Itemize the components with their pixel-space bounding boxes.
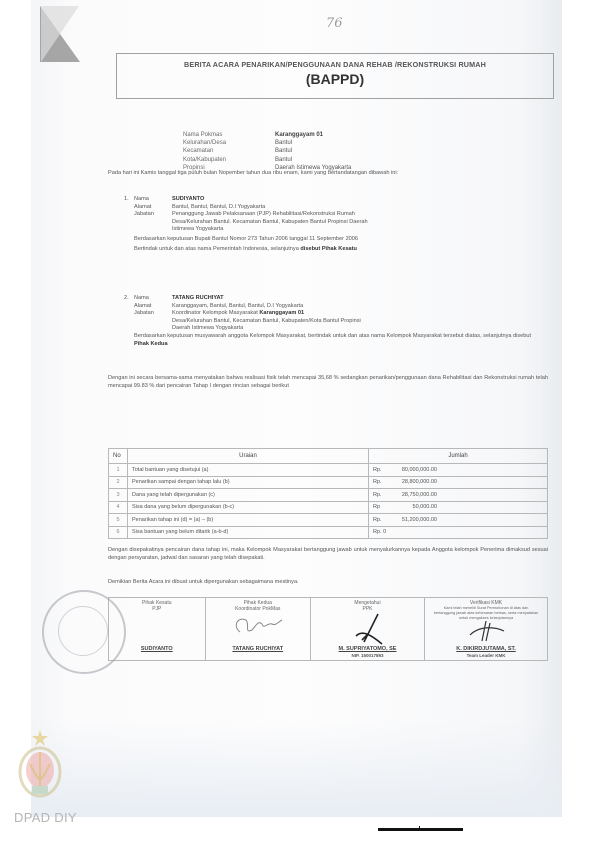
table-cell: Dana yang telah dipergunakan (c) (128, 489, 369, 502)
table-cell: Rp.28,800,000.00 (369, 476, 548, 489)
watermark: DPAD DIY (14, 810, 77, 825)
signature-scribble-icon (338, 612, 398, 646)
table-row: 4Sisa dana yang belum dipergunakan (b-c)… (109, 501, 548, 514)
table-cell: 3 (109, 489, 128, 502)
table-row: 2Penarikan sampai dengan tahap lalu (b)R… (109, 476, 548, 489)
party-1: 1. NamaSUDIYANTO AlamatBantul, Bantul, B… (134, 196, 544, 253)
scanned-page (31, 0, 562, 817)
table-cell: Rp. 0 (369, 526, 548, 539)
table-cell: Penarikan sampai dengan tahap lalu (b) (128, 476, 369, 489)
signature-cell-pokmas: Pihak Kedua Koordinator PokMas TATANG RU… (205, 598, 310, 661)
table-cell: 6 (109, 526, 128, 539)
page-number: 76 (326, 16, 343, 31)
page-shadow (31, 720, 562, 817)
scale-bar (378, 828, 463, 831)
table-cell: Sisa dana yang belum dipergunakan (b-c) (128, 501, 369, 514)
folded-corner-highlight (41, 6, 79, 62)
statement-paragraph: Dengan ini secara bersama-sama menyataka… (108, 375, 548, 390)
table-cell: Rp.51,200,000.00 (369, 514, 548, 527)
table-cell: 5 (109, 514, 128, 527)
party-1-name: SUDIYANTO (172, 196, 544, 204)
identity-row: Nama PokmasKaranggayam 01 (183, 132, 351, 140)
table-cell: Penarikan tahap ini (d) = (a) – (b) (128, 514, 369, 527)
table-cell: 1 (109, 464, 128, 477)
table-header: No Uraian Jumlah (109, 449, 548, 464)
table-cell: 4 (109, 501, 128, 514)
signature-scribble-icon (228, 614, 288, 640)
party-2-name: TATANG RUCHIYAT (172, 295, 544, 303)
intro-paragraph: Pada hari ini Kamis tanggal tiga puluh b… (108, 170, 548, 178)
signature-cell-ppk: Mengetahui PPK M. SUPRIYATOMO, SE NIP. 1… (310, 598, 424, 661)
table-row: 6Sisa bantuan yang belum ditarik (a-b-d)… (109, 526, 548, 539)
scale-bar-tick (419, 826, 420, 831)
title-box: BERITA ACARA PENARIKAN/PENGGUNAAN DANA R… (116, 53, 554, 99)
table-cell: Jumlah (369, 449, 548, 464)
party-2: 2. NamaTATANG RUCHIYAT AlamatKaranggayam… (134, 295, 544, 348)
identity-block: Nama PokmasKaranggayam 01 Kelurahan/Desa… (183, 132, 351, 173)
identity-row: Kelurahan/DesaBantul (183, 140, 351, 148)
signer-name: K. DIKIRDJUTAMA, ST. (425, 646, 547, 652)
details-table: No Uraian Jumlah 1Total bantuan yang dis… (108, 448, 548, 539)
dpad-diy-emblem-icon (14, 728, 66, 806)
table-cell: Uraian (128, 449, 369, 464)
signature-scribble-icon (456, 621, 516, 643)
official-stamp-inner (58, 606, 108, 656)
closing-paragraph: Dengan disepakatinya pencairan dana taha… (108, 547, 548, 562)
signer-name: TATANG RUCHIYAT (206, 646, 310, 652)
signer-name: SUDIYANTO (109, 646, 205, 652)
document-title: BERITA ACARA PENARIKAN/PENGGUNAAN DANA R… (117, 60, 553, 69)
identity-row: Kota/KabupatenBantul (183, 157, 351, 165)
table-cell: Total bantuan yang disetujui (a) (128, 464, 369, 477)
table-row: 5Penarikan tahap ini (d) = (a) – (b)Rp.5… (109, 514, 548, 527)
table-cell: 2 (109, 476, 128, 489)
table-cell: Rp.28,750,000.00 (369, 489, 548, 502)
table-cell: Rp50,000.00 (369, 501, 548, 514)
signer-id: NIP. 150017893 (311, 653, 424, 658)
signer-role: Team Leader KMK (425, 653, 547, 658)
table-cell: No (109, 449, 128, 464)
table-cell: Sisa bantuan yang belum ditarik (a-b-d) (128, 526, 369, 539)
signature-cell-kmk: Verifikasi KMK Kami telah meneliti Surat… (425, 598, 548, 661)
signature-table: Pihak Kesatu PJP SUDIYANTO Pihak Kedua K… (108, 597, 548, 661)
document-abbrev: (BAPPD) (117, 71, 553, 87)
identity-row: KecamatanBantul (183, 148, 351, 156)
signer-name: M. SUPRIYATOMO, SE (311, 646, 424, 652)
table-cell: Rp.80,000,000.00 (369, 464, 548, 477)
table-row: 1Total bantuan yang disetujui (a)Rp.80,0… (109, 464, 548, 477)
closing-sentence: Demikian Berita Acara ini dibuat untuk d… (108, 579, 548, 587)
table-row: 3Dana yang telah dipergunakan (c)Rp.28,7… (109, 489, 548, 502)
